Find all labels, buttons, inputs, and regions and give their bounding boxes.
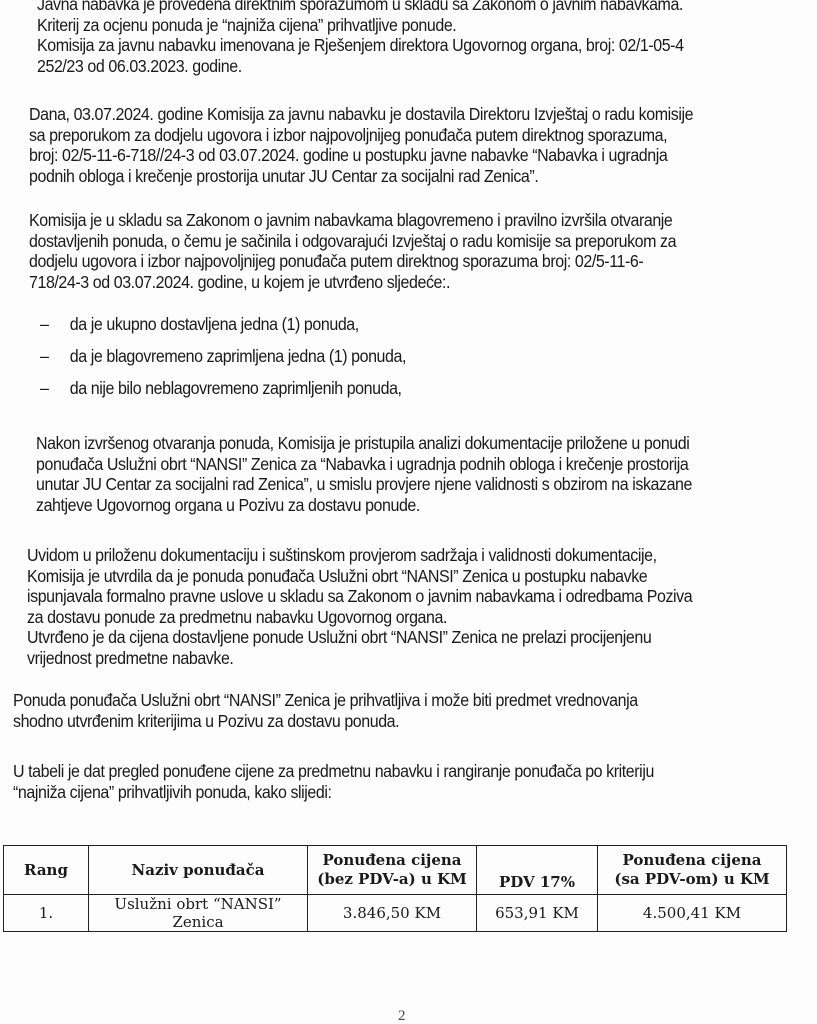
text-line: 718/24-3 od 03.07.2024. godine, u kojem … [29,272,676,293]
header-vat: PDV 17% [477,846,598,895]
text-line: Ponuda ponuđača Uslužni obrt “NANSI” Zen… [13,690,638,711]
text-line: unutar JU Centar za socijalni rad Zenica… [36,474,692,495]
text-line: Dana, 03.07.2024. godine Komisija za jav… [29,104,693,125]
cell-bidder-name: Uslužni obrt “NANSI” Zenica [89,895,308,932]
header-price-without-vat: Ponuđena cijena(bez PDV-a) u KM [308,846,477,895]
list-item-text: da je ukupno dostavljena jedna (1) ponud… [70,314,359,334]
cell-rank: 1. [4,895,89,932]
text-line: dostavljenih ponuda, o čemu je sačinila … [29,231,676,252]
text-line: Javna nabavka je provedena direktnim spo… [37,0,684,15]
page-number: 2 [398,1008,406,1024]
paragraph-opening-of-bids: Komisija je u skladu sa Zakonom o javnim… [29,210,676,292]
header-rank: Rang [4,846,89,895]
list-item-text: da je blagovremeno zaprimljena jedna (1)… [70,346,406,366]
list-item: –da je blagovremeno zaprimljena jedna (1… [40,346,406,367]
paragraph-validity-check: Uvidom u priloženu dokumentaciju i sušti… [27,545,692,668]
text-line: Kriterij za ocjenu ponuda je “najniža ci… [37,15,684,36]
text-line: Komisija je utvrdila da je ponuda ponuđa… [27,566,692,587]
paragraph-table-intro: U tabeli je dat pregled ponuđene cijene … [13,761,654,802]
text-line: Nakon izvršenog otvaranja ponuda, Komisi… [36,433,692,454]
text-line: podnih obloga i krečenje prostorija unut… [29,166,693,187]
table-row: 1. Uslužni obrt “NANSI” Zenica 3.846,50 … [4,895,787,932]
dash-bullet-icon: – [40,314,70,335]
text-line: sa preporukom za dodjelu ugovora i izbor… [29,125,693,146]
text-line: Komisija za javnu nabavku imenovana je R… [37,35,684,56]
paragraph-analysis: Nakon izvršenog otvaranja ponuda, Komisi… [36,433,692,515]
text-line: ispunjavala formalno pravne uslove u skl… [27,586,692,607]
paragraph-procurement-info: Javna nabavka je provedena direktnim spo… [37,0,684,76]
text-line: vrijednost predmetne nabavke. [27,648,692,669]
text-line: Uvidom u priloženu dokumentaciju i sušti… [27,545,692,566]
header-price-with-vat: Ponuđena cijena(sa PDV-om) u KM [598,846,787,895]
list-item: –da nije bilo neblagovremeno zaprimljeni… [40,378,402,399]
cell-price-with-vat: 4.500,41 KM [598,895,787,932]
dash-bullet-icon: – [40,378,70,399]
bid-ranking-table: Rang Naziv ponuđača Ponuđena cijena(bez … [3,845,787,932]
text-line: zahtjeve Ugovornog organa u Pozivu za do… [36,495,692,516]
text-line: ponuđača Uslužni obrt “NANSI” Zenica za … [36,454,692,475]
text-line: za dostavu ponude za predmetnu nabavku U… [27,607,692,628]
list-item-text: da nije bilo neblagovremeno zaprimljenih… [70,378,402,398]
text-line: U tabeli je dat pregled ponuđene cijene … [13,761,654,782]
text-line: dodjelu ugovora i izbor najpovoljnijeg p… [29,251,676,272]
text-line: broj: 02/5-11-6-718//24-3 od 03.07.2024.… [29,145,693,166]
text-line: shodno utvrđenim kriterijima u Pozivu za… [13,711,638,732]
paragraph-report-delivery: Dana, 03.07.2024. godine Komisija za jav… [29,104,693,186]
table-header-row: Rang Naziv ponuđača Ponuđena cijena(bez … [4,846,787,895]
cell-vat: 653,91 KM [477,895,598,932]
text-line: Utvrđeno je da cijena dostavljene ponude… [27,627,692,648]
paragraph-acceptability: Ponuda ponuđača Uslužni obrt “NANSI” Zen… [13,690,638,731]
header-bidder-name: Naziv ponuđača [89,846,308,895]
cell-price-without-vat: 3.846,50 KM [308,895,477,932]
dash-bullet-icon: – [40,346,70,367]
text-line: 252/23 od 06.03.2023. godine. [37,56,684,77]
text-line: Komisija je u skladu sa Zakonom o javnim… [29,210,676,231]
list-item: –da je ukupno dostavljena jedna (1) ponu… [40,314,359,335]
text-line: “najniža cijena” prihvatljivih ponuda, k… [13,782,654,803]
